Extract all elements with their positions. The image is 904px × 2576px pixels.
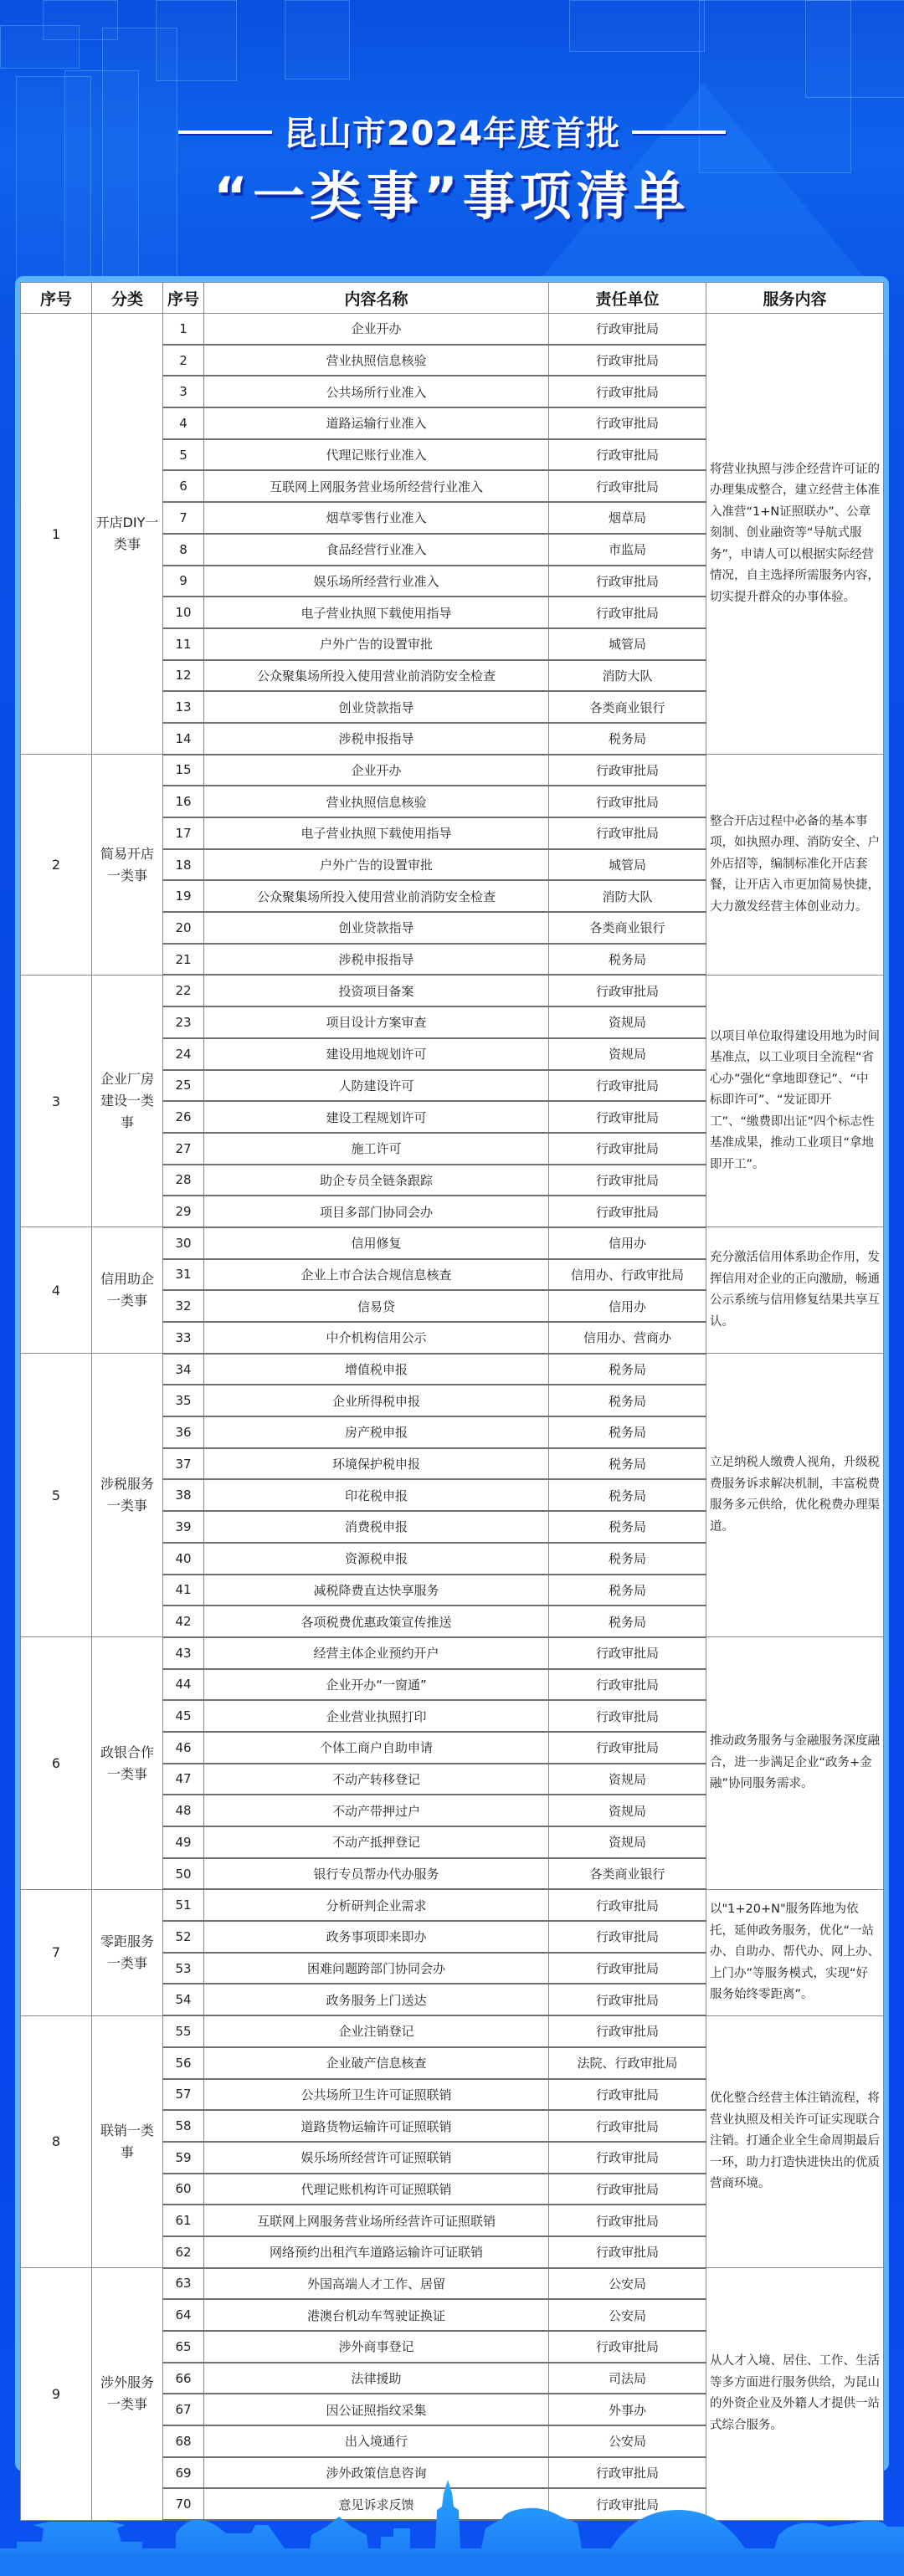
item-responsible-unit: 行政审批局 <box>549 817 706 849</box>
item-content-name: 互联网上网服务营业场所经营行业准入 <box>204 470 549 502</box>
group-number: 7 <box>21 1889 92 2015</box>
table-row: 7零距服务一类事51分析研判企业需求行政审批局以"1+20+N"服务阵地为依托，… <box>21 1889 884 1921</box>
item-number: 6 <box>163 470 204 502</box>
item-responsible-unit: 行政审批局 <box>549 1669 706 1701</box>
item-number: 24 <box>163 1038 204 1070</box>
item-responsible-unit: 行政审批局 <box>549 1133 706 1165</box>
item-responsible-unit: 行政审批局 <box>549 2236 706 2268</box>
item-number: 65 <box>163 2331 204 2363</box>
item-number: 5 <box>163 439 204 471</box>
item-responsible-unit: 信用办、行政审批局 <box>549 1259 706 1291</box>
item-content-name: 项目设计方案审查 <box>204 1006 549 1038</box>
item-responsible-unit: 行政审批局 <box>549 566 706 597</box>
item-responsible-unit: 烟草局 <box>549 502 706 534</box>
group-category: 企业厂房建设一类事 <box>92 975 163 1227</box>
item-content-name: 银行专员帮办代办服务 <box>204 1858 549 1890</box>
item-number: 36 <box>163 1416 204 1448</box>
item-number: 46 <box>163 1732 204 1764</box>
item-responsible-unit: 行政审批局 <box>549 1196 706 1227</box>
item-number: 62 <box>163 2236 204 2268</box>
table-body: 1开店DIY一类事1企业开办行政审批局将营业执照与涉企经营许可证的办理集成整合，… <box>21 314 884 2521</box>
item-content-name: 营业执照信息核验 <box>204 345 549 376</box>
item-content-name: 企业开办 <box>204 755 549 786</box>
group-number: 1 <box>21 314 92 755</box>
item-number: 61 <box>163 2205 204 2236</box>
item-responsible-unit: 税务局 <box>549 1575 706 1606</box>
item-responsible-unit: 行政审批局 <box>549 1984 706 2015</box>
item-content-name: 道路运输行业准入 <box>204 407 549 439</box>
item-content-name: 户外广告的设置审批 <box>204 628 549 660</box>
item-content-name: 网络预约出租汽车道路运输许可证联销 <box>204 2236 549 2268</box>
item-number: 54 <box>163 1984 204 2015</box>
item-responsible-unit: 信用办 <box>549 1290 706 1322</box>
item-content-name: 法律援助 <box>204 2363 549 2394</box>
item-number: 45 <box>163 1700 204 1732</box>
table-row: 4信用助企一类事30信用修复信用办充分激活信用体系助企作用，发挥信用对企业的正向… <box>21 1227 884 1259</box>
item-number: 28 <box>163 1165 204 1196</box>
title-subtitle: 昆山市2024年度首批 <box>284 115 620 153</box>
group-service-content: 推动政务服务与金融服务深度融合，进一步满足企业“政务+金融”协同服务需求。 <box>706 1637 884 1890</box>
group-category: 零距服务一类事 <box>92 1889 163 2015</box>
group-category: 信用助企一类事 <box>92 1227 163 1354</box>
item-content-name: 娱乐场所经营行业准入 <box>204 566 549 597</box>
item-number: 47 <box>163 1764 204 1795</box>
table-header-row: 序号 分类 序号 内容名称 责任单位 服务内容 <box>21 283 884 314</box>
group-category: 联销一类事 <box>92 2015 163 2268</box>
item-number: 26 <box>163 1101 204 1133</box>
table-row: 1开店DIY一类事1企业开办行政审批局将营业执照与涉企经营许可证的办理集成整合，… <box>21 314 884 345</box>
item-number: 59 <box>163 2142 204 2174</box>
item-content-name: 烟草零售行业准入 <box>204 502 549 534</box>
item-content-name: 互联网上网服务营业场所经营许可证照联销 <box>204 2205 549 2236</box>
table-row: 9涉外服务一类事63外国高端人才工作、居留公安局从人才入境、居住、工作、生活等多… <box>21 2268 884 2300</box>
item-responsible-unit: 行政审批局 <box>549 1921 706 1953</box>
item-content-name: 涉税申报指导 <box>204 944 549 976</box>
item-responsible-unit: 行政审批局 <box>549 2015 706 2047</box>
item-number: 57 <box>163 2079 204 2111</box>
item-content-name: 政务事项即来即办 <box>204 1921 549 1953</box>
item-content-name: 港澳台机动车驾驶证换证 <box>204 2299 549 2331</box>
item-responsible-unit: 消防大队 <box>549 880 706 912</box>
item-content-name: 代理记账行业准入 <box>204 439 549 471</box>
item-number: 37 <box>163 1448 204 1480</box>
item-responsible-unit: 行政审批局 <box>549 2205 706 2236</box>
item-responsible-unit: 行政审批局 <box>549 786 706 817</box>
item-number: 15 <box>163 755 204 786</box>
item-content-name: 企业注销登记 <box>204 2015 549 2047</box>
item-responsible-unit: 税务局 <box>549 1448 706 1480</box>
item-responsible-unit: 行政审批局 <box>549 1165 706 1196</box>
group-service-content: 立足纳税人缴费人视角，升级税费服务诉求解决机制，丰富税费服务多元供给，优化税费办… <box>706 1354 884 1637</box>
group-number: 2 <box>21 755 92 976</box>
item-number: 19 <box>163 880 204 912</box>
table-row: 8联销一类事55企业注销登记行政审批局优化整合经营主体注销流程，将营业执照及相关… <box>21 2015 884 2047</box>
item-content-name: 创业贷款指导 <box>204 912 549 944</box>
item-number: 60 <box>163 2174 204 2205</box>
item-number: 50 <box>163 1858 204 1890</box>
item-number: 3 <box>163 376 204 407</box>
item-responsible-unit: 行政审批局 <box>549 439 706 471</box>
item-responsible-unit: 行政审批局 <box>549 2079 706 2111</box>
item-number: 63 <box>163 2268 204 2300</box>
item-responsible-unit: 资规局 <box>549 1795 706 1826</box>
item-content-name: 人防建设许可 <box>204 1070 549 1102</box>
group-service-content: 以"1+20+N"服务阵地为依托，延伸政务服务，优化“一站办、自助办、帮代办、网… <box>706 1889 884 2015</box>
items-table: 序号 分类 序号 内容名称 责任单位 服务内容 1开店DIY一类事1企业开办行政… <box>20 282 884 2521</box>
item-number: 16 <box>163 786 204 817</box>
item-responsible-unit: 行政审批局 <box>549 1953 706 1984</box>
item-content-name: 政务服务上门送达 <box>204 1984 549 2015</box>
title-line1: 昆山市2024年度首批 <box>0 107 904 155</box>
item-content-name: 外国高端人才工作、居留 <box>204 2268 549 2300</box>
item-content-name: 公众聚集场所投入使用营业前消防安全检查 <box>204 660 549 692</box>
item-number: 68 <box>163 2425 204 2457</box>
city-skyline-illustration <box>0 2476 904 2576</box>
item-content-name: 道路货物运输许可证照联销 <box>204 2110 549 2142</box>
group-category: 涉税服务一类事 <box>92 1354 163 1637</box>
item-number: 17 <box>163 817 204 849</box>
item-content-name: 企业开办“一窗通” <box>204 1669 549 1701</box>
item-responsible-unit: 行政审批局 <box>549 470 706 502</box>
page-title: “一类事”事项清单 <box>0 155 904 229</box>
item-content-name: 营业执照信息核验 <box>204 786 549 817</box>
item-content-name: 电子营业执照下载使用指导 <box>204 817 549 849</box>
item-number: 34 <box>163 1354 204 1385</box>
item-content-name: 增值税申报 <box>204 1354 549 1385</box>
item-content-name: 项目多部门协同会办 <box>204 1196 549 1227</box>
table-row: 6政银合作一类事43经营主体企业预约开户行政审批局推动政务服务与金融服务深度融合… <box>21 1637 884 1669</box>
item-number: 1 <box>163 314 204 345</box>
item-content-name: 企业开办 <box>204 314 549 345</box>
item-number: 30 <box>163 1227 204 1259</box>
item-responsible-unit: 行政审批局 <box>549 314 706 345</box>
item-content-name: 企业营业执照打印 <box>204 1700 549 1732</box>
item-responsible-unit: 法院、行政审批局 <box>549 2047 706 2079</box>
item-responsible-unit: 各类商业银行 <box>549 691 706 723</box>
item-content-name: 经营主体企业预约开户 <box>204 1637 549 1669</box>
item-content-name: 企业上市合法合规信息核查 <box>204 1259 549 1291</box>
item-responsible-unit: 行政审批局 <box>549 975 706 1006</box>
group-service-content: 整合开店过程中必备的基本事项，如执照办理、消防安全、户外店招等，编制标准化开店套… <box>706 755 884 976</box>
item-number: 35 <box>163 1385 204 1416</box>
item-number: 13 <box>163 691 204 723</box>
item-content-name: 中介机构信用公示 <box>204 1322 549 1354</box>
item-number: 51 <box>163 1889 204 1921</box>
item-responsible-unit: 行政审批局 <box>549 1637 706 1669</box>
item-number: 9 <box>163 566 204 597</box>
item-responsible-unit: 税务局 <box>549 944 706 976</box>
item-responsible-unit: 税务局 <box>549 723 706 755</box>
item-content-name: 公共场所行业准入 <box>204 376 549 407</box>
group-number: 4 <box>21 1227 92 1354</box>
item-number: 21 <box>163 944 204 976</box>
item-content-name: 涉税申报指导 <box>204 723 549 755</box>
item-number: 32 <box>163 1290 204 1322</box>
item-content-name: 出入境通行 <box>204 2425 549 2457</box>
col-header-item-no: 序号 <box>163 283 204 314</box>
item-number: 10 <box>163 597 204 628</box>
item-content-name: 助企专员全链条跟踪 <box>204 1165 549 1196</box>
item-responsible-unit: 行政审批局 <box>549 2110 706 2142</box>
item-responsible-unit: 公安局 <box>549 2425 706 2457</box>
item-number: 2 <box>163 345 204 376</box>
item-number: 64 <box>163 2299 204 2331</box>
item-responsible-unit: 行政审批局 <box>549 1070 706 1102</box>
item-number: 53 <box>163 1953 204 1984</box>
item-number: 18 <box>163 849 204 881</box>
title-dash-left <box>178 131 272 134</box>
item-responsible-unit: 行政审批局 <box>549 1889 706 1921</box>
group-service-content: 以项目单位取得建设用地为时间基准点，以工业项目全流程“省心办”强化“拿地即登记”… <box>706 975 884 1227</box>
col-header-content-name: 内容名称 <box>204 283 549 314</box>
item-content-name: 困难问题跨部门协同会办 <box>204 1953 549 1984</box>
item-responsible-unit: 资规局 <box>549 1826 706 1858</box>
item-number: 25 <box>163 1070 204 1102</box>
item-responsible-unit: 税务局 <box>549 1385 706 1416</box>
item-content-name: 减税降费直达快享服务 <box>204 1575 549 1606</box>
item-number: 33 <box>163 1322 204 1354</box>
table-row: 2简易开店一类事15企业开办行政审批局整合开店过程中必备的基本事项，如执照办理、… <box>21 755 884 786</box>
item-number: 44 <box>163 1669 204 1701</box>
table-row: 5涉税服务一类事34增值税申报税务局立足纳税人缴费人视角，升级税费服务诉求解决机… <box>21 1354 884 1385</box>
item-number: 14 <box>163 723 204 755</box>
item-content-name: 信用修复 <box>204 1227 549 1259</box>
group-number: 6 <box>21 1637 92 1890</box>
item-responsible-unit: 税务局 <box>549 1479 706 1511</box>
item-content-name: 户外广告的设置审批 <box>204 849 549 881</box>
item-number: 42 <box>163 1606 204 1637</box>
table-row: 3企业厂房建设一类事22投资项目备案行政审批局以项目单位取得建设用地为时间基准点… <box>21 975 884 1006</box>
item-number: 55 <box>163 2015 204 2047</box>
item-number: 66 <box>163 2363 204 2394</box>
group-number: 3 <box>21 975 92 1227</box>
group-number: 5 <box>21 1354 92 1637</box>
item-number: 38 <box>163 1479 204 1511</box>
item-responsible-unit: 信用办、营商办 <box>549 1322 706 1354</box>
item-responsible-unit: 行政审批局 <box>549 1732 706 1764</box>
item-content-name: 涉外商事登记 <box>204 2331 549 2363</box>
item-number: 27 <box>163 1133 204 1165</box>
item-number: 58 <box>163 2110 204 2142</box>
item-content-name: 公众聚集场所投入使用营业前消防安全检查 <box>204 880 549 912</box>
item-responsible-unit: 资规局 <box>549 1006 706 1038</box>
item-content-name: 企业所得税申报 <box>204 1385 549 1416</box>
item-responsible-unit: 行政审批局 <box>549 2142 706 2174</box>
item-responsible-unit: 各类商业银行 <box>549 1858 706 1890</box>
item-responsible-unit: 司法局 <box>549 2363 706 2394</box>
item-content-name: 创业贷款指导 <box>204 691 549 723</box>
item-responsible-unit: 税务局 <box>549 1606 706 1637</box>
item-content-name: 印花税申报 <box>204 1479 549 1511</box>
item-content-name: 电子营业执照下载使用指导 <box>204 597 549 628</box>
item-number: 52 <box>163 1921 204 1953</box>
item-content-name: 资源税申报 <box>204 1543 549 1575</box>
col-header-group-no: 序号 <box>21 283 92 314</box>
item-number: 39 <box>163 1511 204 1543</box>
item-content-name: 不动产带押过户 <box>204 1795 549 1826</box>
item-content-name: 企业破产信息核查 <box>204 2047 549 2079</box>
item-content-name: 娱乐场所经营许可证照联销 <box>204 2142 549 2174</box>
item-responsible-unit: 资规局 <box>549 1764 706 1795</box>
item-content-name: 建设用地规划许可 <box>204 1038 549 1070</box>
item-responsible-unit: 公安局 <box>549 2299 706 2331</box>
title-dash-right <box>632 131 726 134</box>
item-responsible-unit: 外事办 <box>549 2394 706 2425</box>
item-content-name: 消费税申报 <box>204 1511 549 1543</box>
item-responsible-unit: 信用办 <box>549 1227 706 1259</box>
table-container: 序号 分类 序号 内容名称 责任单位 服务内容 1开店DIY一类事1企业开办行政… <box>20 282 883 2521</box>
col-header-responsible-unit: 责任单位 <box>549 283 706 314</box>
group-service-content: 优化整合经营主体注销流程，将营业执照及相关许可证实现联合注销。打通企业全生命周期… <box>706 2015 884 2268</box>
item-responsible-unit: 城管局 <box>549 628 706 660</box>
item-number: 48 <box>163 1795 204 1826</box>
item-responsible-unit: 行政审批局 <box>549 755 706 786</box>
item-responsible-unit: 城管局 <box>549 849 706 881</box>
item-content-name: 公共场所卫生许可证照联销 <box>204 2079 549 2111</box>
item-responsible-unit: 行政审批局 <box>549 407 706 439</box>
item-responsible-unit: 市监局 <box>549 534 706 566</box>
item-content-name: 施工许可 <box>204 1133 549 1165</box>
item-content-name: 房产税申报 <box>204 1416 549 1448</box>
item-number: 43 <box>163 1637 204 1669</box>
group-category: 开店DIY一类事 <box>92 314 163 755</box>
col-header-category: 分类 <box>92 283 163 314</box>
item-responsible-unit: 资规局 <box>549 1038 706 1070</box>
item-number: 12 <box>163 660 204 692</box>
item-responsible-unit: 消防大队 <box>549 660 706 692</box>
item-responsible-unit: 行政审批局 <box>549 597 706 628</box>
group-service-content: 充分激活信用体系助企作用，发挥信用对企业的正向激励，畅通公示系统与信用修复结果共… <box>706 1227 884 1354</box>
item-responsible-unit: 各类商业银行 <box>549 912 706 944</box>
item-responsible-unit: 税务局 <box>549 1511 706 1543</box>
item-number: 31 <box>163 1259 204 1291</box>
item-number: 40 <box>163 1543 204 1575</box>
group-number: 8 <box>21 2015 92 2268</box>
item-responsible-unit: 公安局 <box>549 2268 706 2300</box>
item-responsible-unit: 行政审批局 <box>549 2331 706 2363</box>
item-content-name: 信易贷 <box>204 1290 549 1322</box>
item-number: 8 <box>163 534 204 566</box>
item-responsible-unit: 行政审批局 <box>549 1101 706 1133</box>
item-content-name: 食品经营行业准入 <box>204 534 549 566</box>
item-content-name: 投资项目备案 <box>204 975 549 1006</box>
item-number: 4 <box>163 407 204 439</box>
item-responsible-unit: 税务局 <box>549 1354 706 1385</box>
item-responsible-unit: 行政审批局 <box>549 376 706 407</box>
item-content-name: 代理记账机构许可证照联销 <box>204 2174 549 2205</box>
item-content-name: 各项税费优惠政策宣传推送 <box>204 1606 549 1637</box>
item-responsible-unit: 行政审批局 <box>549 345 706 376</box>
item-responsible-unit: 行政审批局 <box>549 1700 706 1732</box>
header: 昆山市2024年度首批 “一类事”事项清单 <box>0 0 904 268</box>
col-header-service-content: 服务内容 <box>706 283 884 314</box>
item-number: 49 <box>163 1826 204 1858</box>
item-responsible-unit: 税务局 <box>549 1543 706 1575</box>
item-responsible-unit: 行政审批局 <box>549 2174 706 2205</box>
group-category: 政银合作一类事 <box>92 1637 163 1890</box>
item-number: 56 <box>163 2047 204 2079</box>
item-number: 7 <box>163 502 204 534</box>
item-number: 41 <box>163 1575 204 1606</box>
item-content-name: 因公证照指纹采集 <box>204 2394 549 2425</box>
item-number: 23 <box>163 1006 204 1038</box>
item-number: 29 <box>163 1196 204 1227</box>
item-content-name: 不动产转移登记 <box>204 1764 549 1795</box>
item-content-name: 分析研判企业需求 <box>204 1889 549 1921</box>
item-responsible-unit: 税务局 <box>549 1416 706 1448</box>
item-number: 11 <box>163 628 204 660</box>
item-content-name: 个体工商户自助申请 <box>204 1732 549 1764</box>
item-content-name: 环境保护税申报 <box>204 1448 549 1480</box>
item-content-name: 建设工程规划许可 <box>204 1101 549 1133</box>
item-number: 67 <box>163 2394 204 2425</box>
item-content-name: 不动产抵押登记 <box>204 1826 549 1858</box>
item-number: 20 <box>163 912 204 944</box>
group-service-content: 将营业执照与涉企经营许可证的办理集成整合，建立经营主体准入准营“1+N证照联办”… <box>706 314 884 755</box>
group-category: 简易开店一类事 <box>92 755 163 976</box>
item-number: 22 <box>163 975 204 1006</box>
